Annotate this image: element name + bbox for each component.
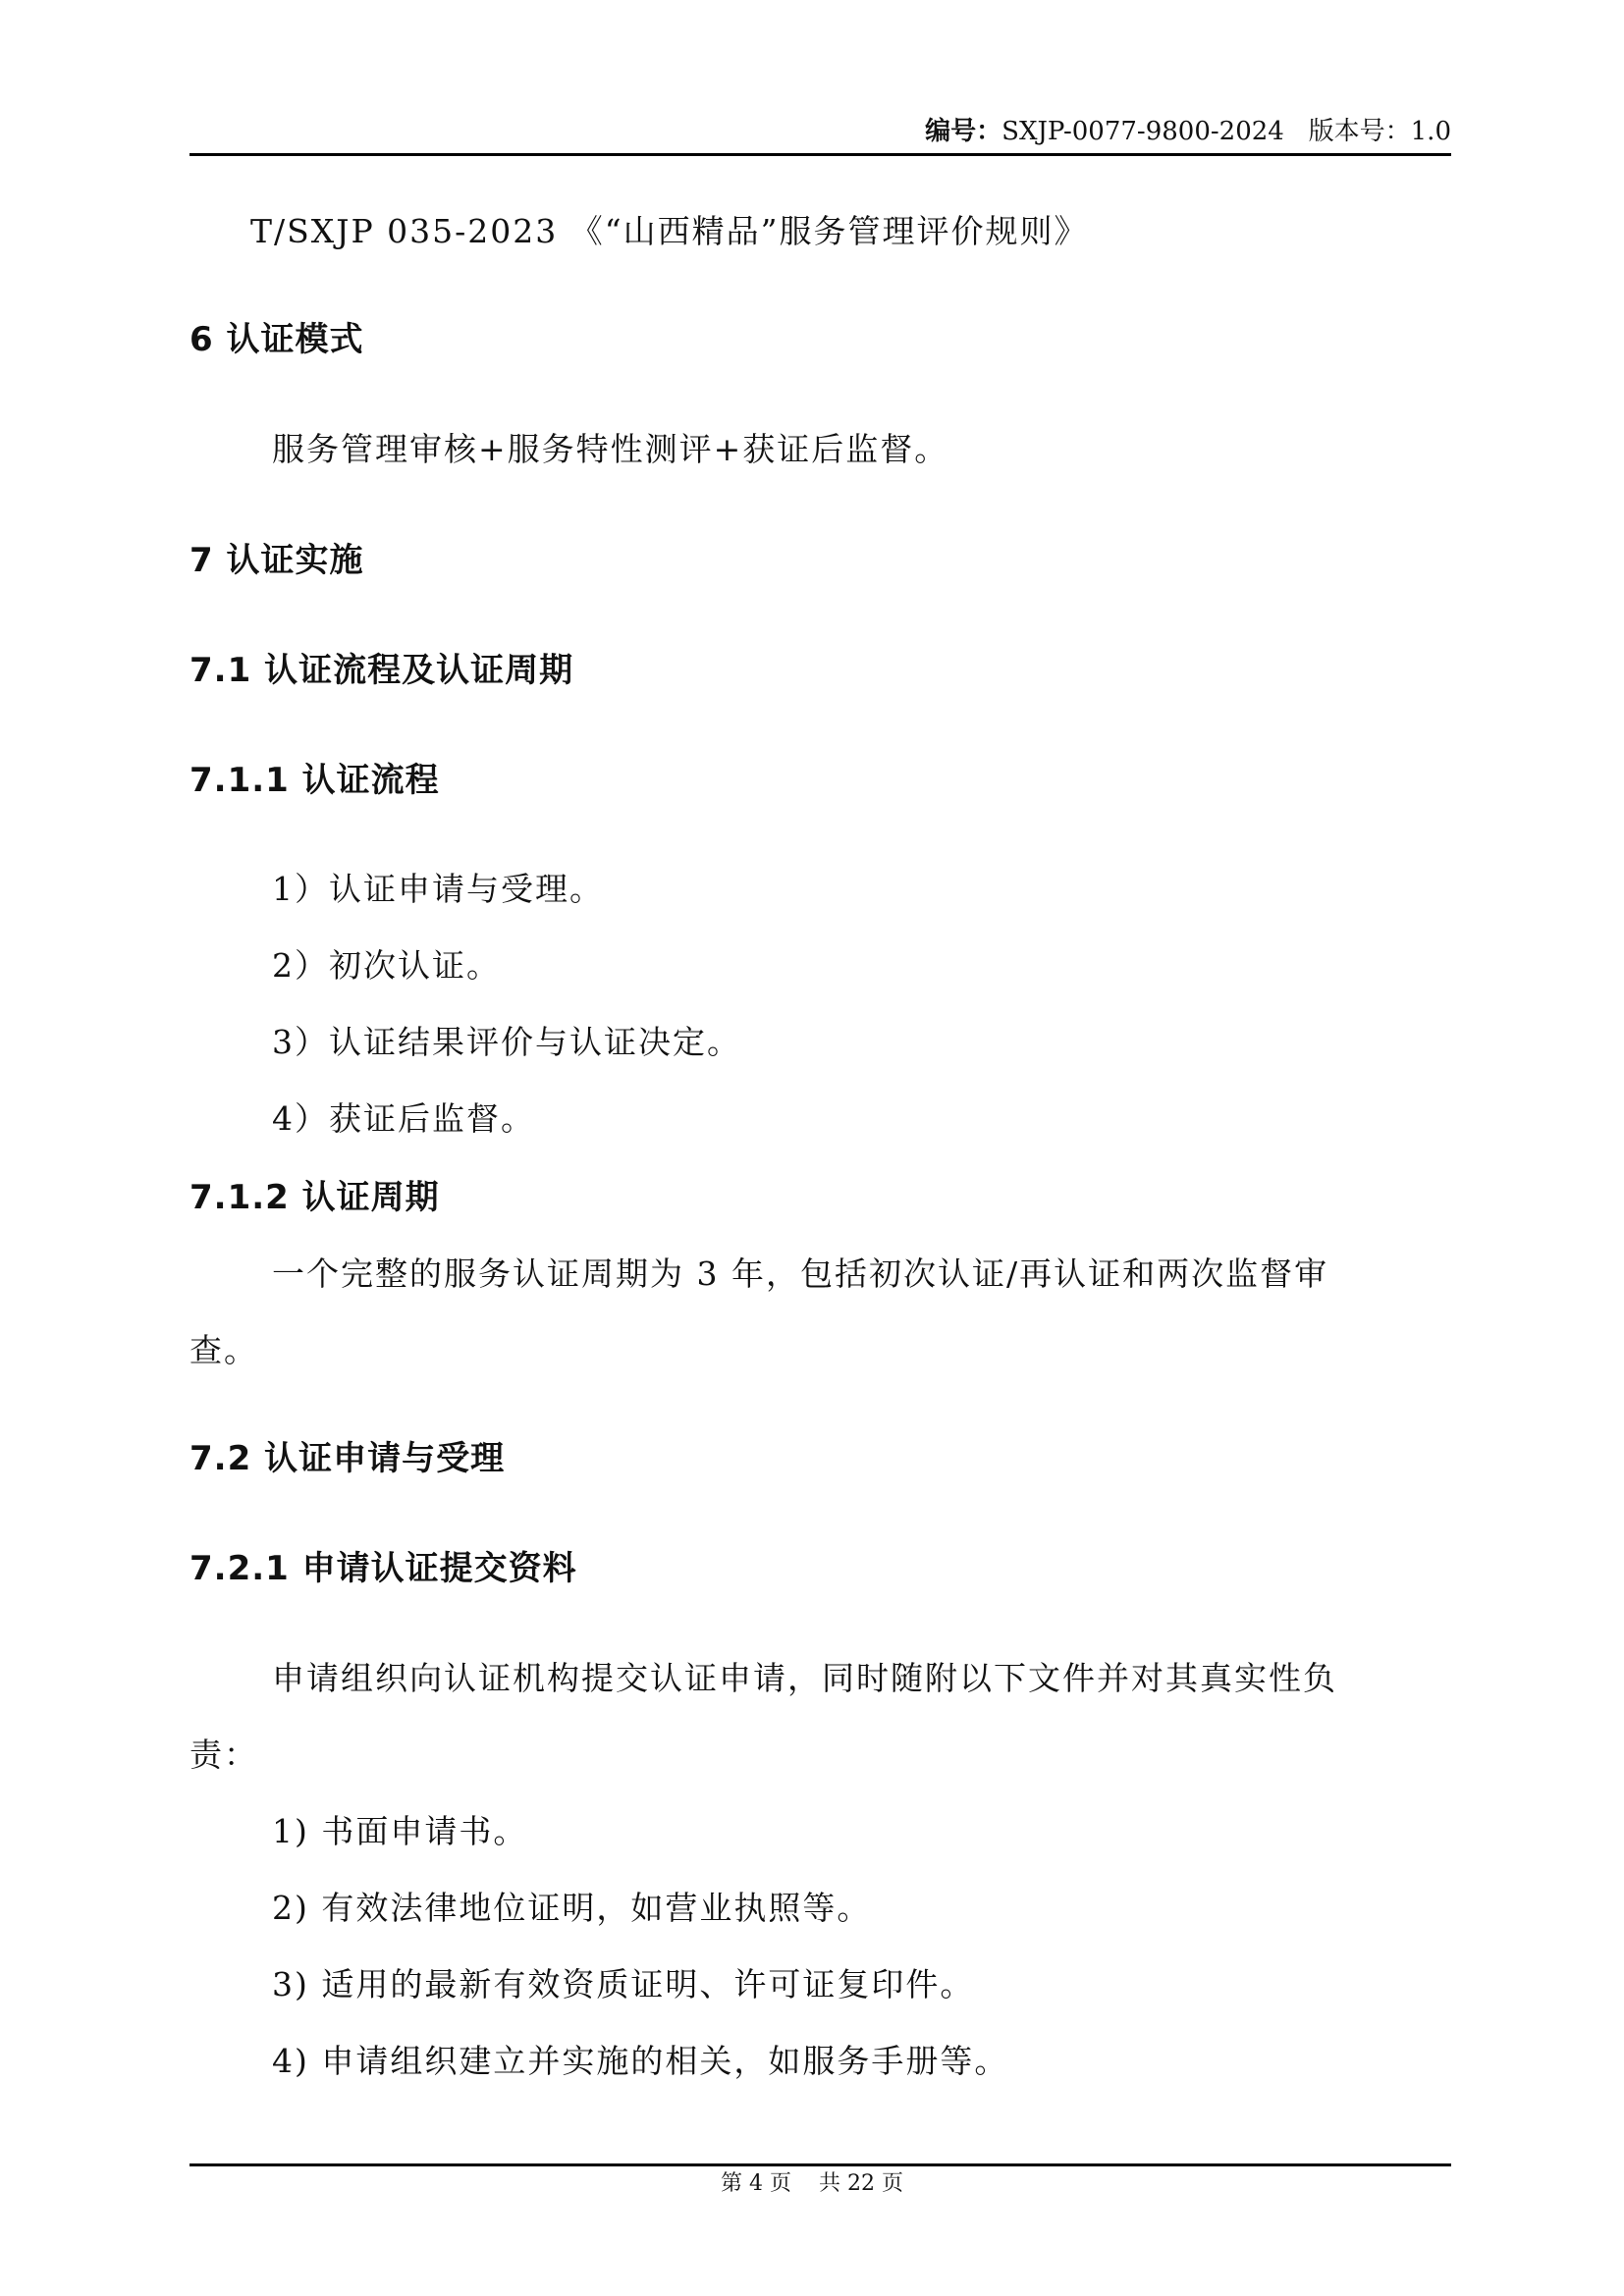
process-item-4: 4）获证后监督。 bbox=[272, 1094, 535, 1140]
document-item-1: 1) 书面申请书。 bbox=[272, 1806, 527, 1852]
footer-divider bbox=[189, 2163, 1451, 2166]
reference-standard: T/SXJP 035-2023 《“山西精品”服务管理评价规则》 bbox=[250, 206, 1089, 252]
document-item-3: 3) 适用的最新有效资质证明、许可证复印件。 bbox=[272, 1959, 974, 2005]
process-item-3: 3）认证结果评价与认证决定。 bbox=[272, 1017, 741, 1063]
document-item-2: 2) 有效法律地位证明，如营业执照等。 bbox=[272, 1883, 871, 1929]
page-number: 第 4 页 共 22 页 bbox=[0, 2169, 1624, 2199]
section-7-1-1-heading: 7.1.1 认证流程 bbox=[189, 753, 440, 801]
section-7-1-heading: 7.1 认证流程及认证周期 bbox=[189, 643, 573, 691]
process-item-2: 2）初次认证。 bbox=[272, 940, 501, 987]
doc-code-value: SXJP-0077-9800-2024 bbox=[1001, 117, 1284, 146]
section-7-2-heading: 7.2 认证申请与受理 bbox=[189, 1431, 505, 1479]
application-body-line-2: 责： bbox=[189, 1730, 258, 1776]
version-value: 1.0 bbox=[1411, 117, 1451, 146]
document-item-4: 4) 申请组织建立并实施的相关，如服务手册等。 bbox=[272, 2036, 1008, 2082]
page-header: 编号：SXJP-0077-9800-2024 版本号：1.0 bbox=[189, 110, 1451, 156]
section-7-1-2-heading: 7.1.2 认证周期 bbox=[189, 1170, 440, 1218]
section-6-body: 服务管理审核+服务特性测评+获证后监督。 bbox=[272, 424, 948, 470]
section-6-heading: 6 认证模式 bbox=[189, 312, 364, 360]
application-body-line-1: 申请组织向认证机构提交认证申请，同时随附以下文件并对其真实性负 bbox=[272, 1653, 1337, 1699]
cycle-body-line-1: 一个完整的服务认证周期为 3 年，包括初次认证/再认证和两次监督审 bbox=[272, 1249, 1328, 1295]
process-item-1: 1）认证申请与受理。 bbox=[272, 864, 604, 910]
section-7-heading: 7 认证实施 bbox=[189, 533, 364, 581]
version-label: 版本号： bbox=[1309, 117, 1411, 146]
doc-code-label: 编号： bbox=[925, 117, 1001, 146]
section-7-2-1-heading: 7.2.1 申请认证提交资料 bbox=[189, 1541, 577, 1589]
cycle-body-line-2: 查。 bbox=[189, 1325, 258, 1371]
